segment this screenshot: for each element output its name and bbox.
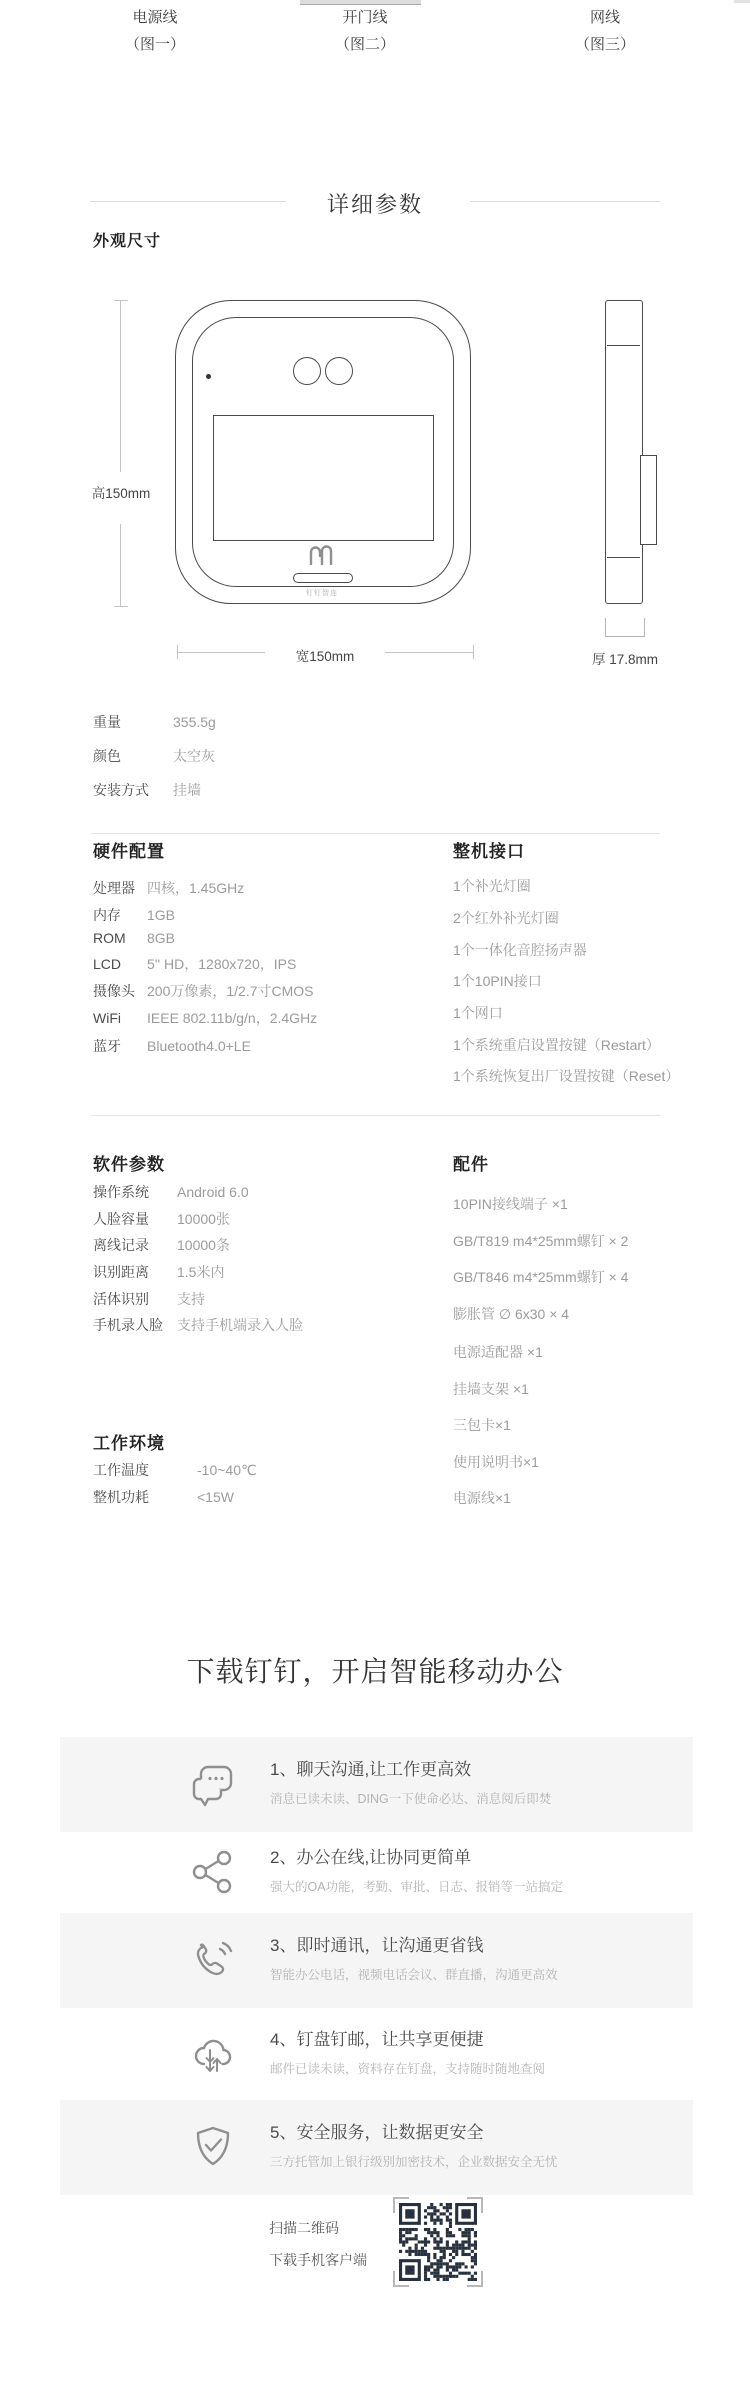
spec-value: 10000张 <box>177 1211 230 1227</box>
accessory-item: 挂墙支架 ×1 <box>453 1379 529 1399</box>
accessory-item: 电源适配器 ×1 <box>453 1342 543 1362</box>
product-detail-page: 电源线 （图一） 开门线 （图二） 网线 （图三） 详细参数 外观尺寸 钉钉智连… <box>0 0 750 2407</box>
feature-heading: 5、安全服务，让数据更安全 <box>270 2118 483 2143</box>
spec-label: LCD <box>93 956 147 972</box>
spec-value: 支持 <box>177 1291 205 1307</box>
dingtalk-logo-icon <box>309 545 335 565</box>
caption-line2: （图一） <box>85 31 225 58</box>
spec-label: 人脸容量 <box>93 1209 177 1229</box>
spec-label: 手机录人脸 <box>93 1315 177 1335</box>
spec-row: 离线记录10000条 <box>93 1235 230 1255</box>
spec-value: 挂墙 <box>173 782 201 798</box>
spec-value: Bluetooth4.0+LE <box>147 1038 251 1054</box>
spec-row: 整机功耗<15W <box>93 1487 234 1507</box>
spec-row: ROM8GB <box>93 930 175 946</box>
caption-network-cable: 网线 （图三） <box>535 4 675 58</box>
dim-line-height <box>120 524 121 607</box>
spec-label: 离线记录 <box>93 1235 177 1255</box>
spec-value: 8GB <box>147 930 175 946</box>
caption-line1: 电源线 <box>85 4 225 31</box>
feature-subtext: 邮件已读未读，资料存在钉盘，支持随时随地查阅 <box>270 2059 545 2077</box>
spec-row: 内存1GB <box>93 905 175 925</box>
accessory-item: 使用说明书×1 <box>453 1452 539 1472</box>
mic-dot-icon <box>206 374 211 379</box>
spec-row: 处理器四核，1.45GHz <box>93 878 244 898</box>
accessory-item: 膨胀管 ∅ 6x30 × 4 <box>453 1304 569 1324</box>
spec-row: 手机录人脸支持手机端录入人脸 <box>93 1315 303 1335</box>
feature-row: 4、钉盘钉邮，让共享更便捷 邮件已读未读，资料存在钉盘，支持随时随地查阅 <box>0 2007 750 2102</box>
dim-line-height <box>120 300 121 472</box>
share-network-icon <box>190 1849 236 1895</box>
caption-line1: 网线 <box>535 4 675 31</box>
accessory-item: 三包卡×1 <box>453 1415 511 1435</box>
dim-tick <box>114 300 128 301</box>
feature-subtext: 强大的OA功能，考勤、审批、日志、报销等一站搞定 <box>270 1877 563 1895</box>
spec-value: 355.5g <box>173 714 216 730</box>
spec-value: 四核，1.45GHz <box>147 880 244 896</box>
environment-heading: 工作环境 <box>93 1429 165 1454</box>
software-heading: 软件参数 <box>93 1150 165 1175</box>
spec-value: 10000条 <box>177 1237 230 1253</box>
spec-row: 识别距离1.5米内 <box>93 1262 224 1282</box>
ports-heading: 整机接口 <box>453 837 525 862</box>
title-rule-right <box>470 201 660 202</box>
spec-value: <15W <box>197 1489 234 1505</box>
side-mount-bracket <box>640 455 657 545</box>
feature-row: 3、即时通讯，让沟通更省钱 智能办公电话，视频电话会议、群直播，沟通更高效 <box>0 1913 750 2008</box>
accessories-heading: 配件 <box>453 1150 489 1175</box>
side-seam-top <box>607 345 640 346</box>
spec-value: Android 6.0 <box>177 1184 249 1200</box>
port-item: 1个系统重启设置按键（Restart） <box>453 1035 660 1055</box>
accessory-item: 电源线×1 <box>453 1488 511 1508</box>
dim-line-width <box>385 652 473 653</box>
phone-call-icon <box>190 1937 236 1983</box>
spec-row: 活体识别支持 <box>93 1289 205 1309</box>
spec-row: 操作系统Android 6.0 <box>93 1182 249 1202</box>
spec-value: IEEE 802.11b/g/n，2.4GHz <box>147 1010 317 1026</box>
feature-subtext: 三方托管加上银行级别加密技术，企业数据安全无忧 <box>270 2152 558 2170</box>
cropped-photo-edge-right <box>734 0 750 3</box>
camera-lens-icon <box>325 357 353 385</box>
cloud-sync-icon <box>190 2031 236 2077</box>
depth-dim-label: 厚 17.8mm <box>570 648 680 668</box>
feature-heading: 3、即时通讯，让沟通更省钱 <box>270 1931 483 1956</box>
spec-row: LCD5'' HD，1280x720，IPS <box>93 954 296 974</box>
thickness-bracket <box>605 618 645 637</box>
spec-label: 活体识别 <box>93 1289 177 1309</box>
spec-value: 5'' HD，1280x720，IPS <box>147 956 296 972</box>
spec-row: WiFiIEEE 802.11b/g/n，2.4GHz <box>93 1008 317 1028</box>
spec-label: 内存 <box>93 905 147 925</box>
spec-value: 200万像素，1/2.7寸CMOS <box>147 983 314 999</box>
caption-line1: 开门线 <box>295 4 435 31</box>
accessory-item: GB/T819 m4*25mm螺钉 × 2 <box>453 1231 628 1251</box>
caption-door-cable: 开门线 （图二） <box>295 4 435 58</box>
side-seam-bottom <box>607 557 640 558</box>
spec-label: 识别距离 <box>93 1262 177 1282</box>
spec-label: 蓝牙 <box>93 1036 147 1056</box>
spec-row: 工作温度-10~40℃ <box>93 1460 257 1480</box>
spec-label: WiFi <box>93 1010 147 1026</box>
title-rule-left <box>90 201 286 202</box>
port-item: 1个补光灯圈 <box>453 876 531 896</box>
spec-value: -10~40℃ <box>197 1462 257 1478</box>
spec-label: 处理器 <box>93 878 147 898</box>
qr-caption-line1: 扫描二维码 <box>269 2218 339 2238</box>
feature-row: 1、聊天沟通,让工作更高效 消息已读未读、DING一下使命必达、消息阅后即焚 <box>0 1737 750 1832</box>
spec-label: 重量 <box>93 712 173 732</box>
spec-value: 1GB <box>147 907 175 923</box>
promo-title: 下载钉钉，开启智能移动办公 <box>0 1650 750 1690</box>
camera-lens-icon <box>293 357 321 385</box>
spec-row: 蓝牙Bluetooth4.0+LE <box>93 1036 251 1056</box>
spec-row: 安装方式挂墙 <box>93 780 201 800</box>
feature-row: 5、安全服务，让数据更安全 三方托管加上银行级别加密技术，企业数据安全无忧 <box>0 2100 750 2195</box>
spec-label: 颜色 <box>93 746 173 766</box>
spec-row: 摄像头200万像素，1/2.7寸CMOS <box>93 981 314 1001</box>
chat-bubbles-icon <box>190 1761 236 1807</box>
shield-check-icon <box>190 2124 236 2170</box>
hardware-heading: 硬件配置 <box>93 837 165 862</box>
qr-code <box>399 2203 477 2281</box>
caption-power-cable: 电源线 （图一） <box>85 4 225 58</box>
detail-params-title: 详细参数 <box>280 188 470 219</box>
spec-row: 重量355.5g <box>93 712 216 732</box>
spec-label: ROM <box>93 930 147 946</box>
caption-line2: （图三） <box>535 31 675 58</box>
spec-label: 工作温度 <box>93 1460 197 1480</box>
appearance-heading: 外观尺寸 <box>93 228 161 251</box>
port-item: 1个系统恢复出厂设置按键（Reset） <box>453 1066 679 1086</box>
spec-value: 支持手机端录入人脸 <box>177 1317 303 1333</box>
accessory-item: GB/T846 m4*25mm螺钉 × 4 <box>453 1267 628 1287</box>
spec-label: 整机功耗 <box>93 1487 197 1507</box>
feature-row: 2、办公在线,让协同更简单 强大的OA功能，考勤、审批、日志、报销等一站搞定 <box>0 1825 750 1920</box>
height-dim-label: 高150mm <box>76 482 166 502</box>
spec-value: 太空灰 <box>173 748 215 764</box>
feature-heading: 1、聊天沟通,让工作更高效 <box>270 1755 471 1780</box>
feature-subtext: 消息已读未读、DING一下使命必达、消息阅后即焚 <box>270 1789 551 1807</box>
speaker-slot <box>293 573 353 583</box>
width-dim-label: 宽150mm <box>265 645 385 665</box>
dim-tick <box>114 606 128 607</box>
divider <box>91 833 660 834</box>
spec-row: 人脸容量10000张 <box>93 1209 230 1229</box>
spec-label: 安装方式 <box>93 780 173 800</box>
caption-line2: （图二） <box>295 31 435 58</box>
accessory-item: 10PIN接线端子 ×1 <box>453 1194 568 1214</box>
dim-tick <box>473 645 474 659</box>
port-item: 1个网口 <box>453 1003 503 1023</box>
spec-label: 摄像头 <box>93 981 147 1001</box>
device-brand-text: 钉钉智连 <box>175 588 469 598</box>
spec-label: 操作系统 <box>93 1182 177 1202</box>
port-item: 1个一体化音腔扬声器 <box>453 940 587 960</box>
qr-caption-line2: 下载手机客户端 <box>269 2250 367 2270</box>
spec-value: 1.5米内 <box>177 1264 224 1280</box>
dim-line-width <box>177 652 265 653</box>
feature-heading: 4、钉盘钉邮，让共享更便捷 <box>270 2025 483 2050</box>
spec-row: 颜色太空灰 <box>93 746 215 766</box>
divider <box>91 1115 660 1116</box>
port-item: 2个红外补光灯圈 <box>453 908 559 928</box>
feature-heading: 2、办公在线,让协同更简单 <box>270 1843 471 1868</box>
device-screen <box>213 415 434 541</box>
feature-subtext: 智能办公电话，视频电话会议、群直播，沟通更高效 <box>270 1965 558 1983</box>
port-item: 1个10PIN接口 <box>453 971 542 991</box>
